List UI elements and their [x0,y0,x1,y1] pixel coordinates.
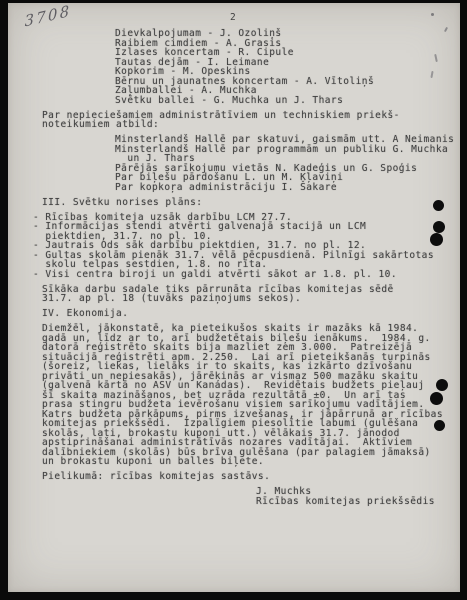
ink-blot [434,420,445,431]
text-line: noteikumiem atbild: [42,120,456,130]
section-heading-economy: IV. Ekonomija. [33,309,456,319]
scanned-document: 3708 2 Dievkalpojumam - J. OzoliņšRaibie… [0,0,467,600]
plan-note: Sīkāka darbu sadale tiks pārrunāta rīcīb… [33,285,456,304]
assignments-list: Dievkalpojumam - J. OzoliņšRaibiem cimdi… [33,29,456,105]
ink-speck [431,13,434,16]
page-number: 2 [230,12,236,23]
ink-blot [430,233,443,246]
attachment-note: Pielikumā: rīcības komitejas sastāvs. [33,472,456,482]
responsibilities-list: Minsterlandš Hallē par skatuvi, gaismām … [33,135,456,192]
signature-title: Rīcības komitejas priekšsēdis [256,497,456,507]
ink-blot [433,200,444,211]
text-line: - Visi centra biroji un galdi atvērti sā… [33,270,456,280]
responsibilities-intro: Par nepieciešamiem administrātīviem un t… [33,111,456,130]
ink-blot [430,392,443,405]
festival-plan-list: - Rīcības komiteja uzsāk darbību LCM 27.… [33,213,456,280]
text-line: un brokastu kuponi un balles biļete. [42,457,456,467]
economy-paragraph: Diemžēl, jākonstatē, ka pieteikušos skai… [33,324,456,467]
document-body: Dievkalpojumam - J. OzoliņšRaibiem cimdi… [33,29,456,512]
document-page: 3708 2 Dievkalpojumam - J. OzoliņšRaibie… [8,3,460,592]
text-line: Par kopkoŗa administrāciju I. Šakare [115,183,456,193]
signature-block: J. Muchks Rīcības komitejas priekšsēdis [33,487,456,506]
section-heading-festival-plan: III. Svētku norises plāns: [33,198,456,208]
text-line: 31.7. ap pl. 18 (tuvāks paziņojums sekos… [42,294,456,304]
handwritten-number: 3708 [24,1,71,30]
text-line: Svētku ballei - G. Muchka un J. Thars [115,96,456,106]
ink-blot [436,379,448,391]
ink-blot [433,221,445,233]
